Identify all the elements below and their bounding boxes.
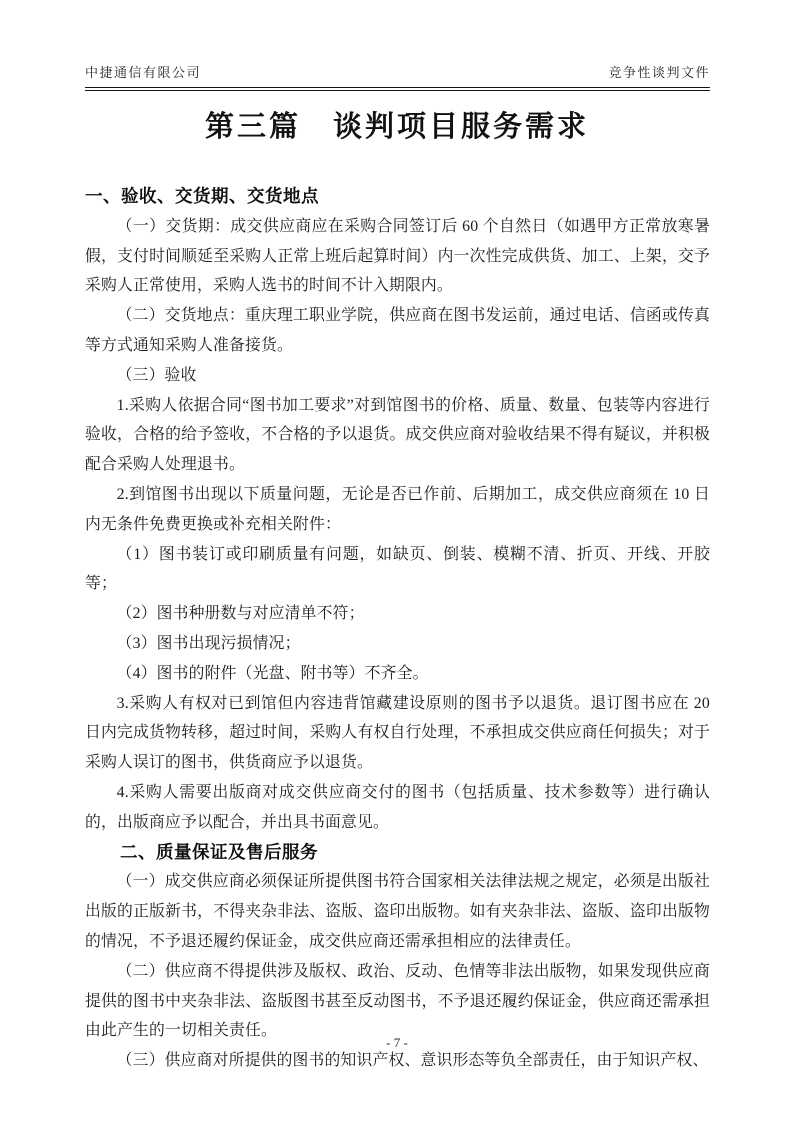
section-heading-quality-service: 二、质量保证及售后服务 — [85, 838, 710, 868]
paragraph: （二）交货地点：重庆理工职业学院，供应商在图书发运前，通过电话、信函或传真等方式… — [85, 301, 710, 361]
paragraph: （一）交货期：成交供应商应在采购合同签订后 60 个自然日（如遇甲方正常放寒暑假… — [85, 212, 710, 301]
paragraph: 2.到馆图书出现以下质量问题，无论是否已作前、后期加工，成交供应商须在 10 日… — [85, 480, 710, 540]
page-header: 中捷通信有限公司 竞争性谈判文件 — [85, 62, 710, 81]
section-heading-acceptance-delivery: 一、验收、交货期、交货地点 — [85, 182, 710, 212]
paragraph: 1.采购人依据合同“图书加工要求”对到馆图书的价格、质量、数量、包装等内容进行验… — [85, 391, 710, 480]
paragraph: （二）供应商不得提供涉及版权、政治、反动、色情等非法出版物，如果发现供应商提供的… — [85, 957, 710, 1046]
paragraph: 3.采购人有权对已到馆但内容违背馆藏建设原则的图书予以退货。退订图书应在 20 … — [85, 689, 710, 778]
document-page: 中捷通信有限公司 竞争性谈判文件 第三篇 谈判项目服务需求 一、验收、交货期、交… — [0, 0, 794, 1122]
page-title: 第三篇 谈判项目服务需求 — [0, 104, 794, 145]
list-item-paragraph: （3）图书出现污损情况； — [85, 629, 710, 659]
page-number: - 7 - — [0, 1035, 794, 1051]
paragraph: 4.采购人需要出版商对成交供应商交付的图书（包括质量、技术参数等）进行确认的，出… — [85, 778, 710, 838]
paragraph: （三）验收 — [85, 361, 710, 391]
list-item-paragraph: （2）图书种册数与对应清单不符； — [85, 599, 710, 629]
list-item-paragraph: （4）图书的附件（光盘、附书等）不齐全。 — [85, 659, 710, 689]
header-double-rule — [85, 87, 710, 91]
paragraph: （一）成交供应商必须保证所提供图书符合国家相关法律法规之规定，必须是出版社出版的… — [85, 867, 710, 956]
document-body: 一、验收、交货期、交货地点 （一）交货期：成交供应商应在采购合同签订后 60 个… — [85, 182, 710, 1076]
header-company-name: 中捷通信有限公司 — [85, 62, 201, 81]
header-doc-type: 竞争性谈判文件 — [608, 62, 710, 81]
list-item-paragraph: （1）图书装订或印刷质量有问题，如缺页、倒装、模糊不清、折页、开线、开胶等； — [85, 540, 710, 600]
